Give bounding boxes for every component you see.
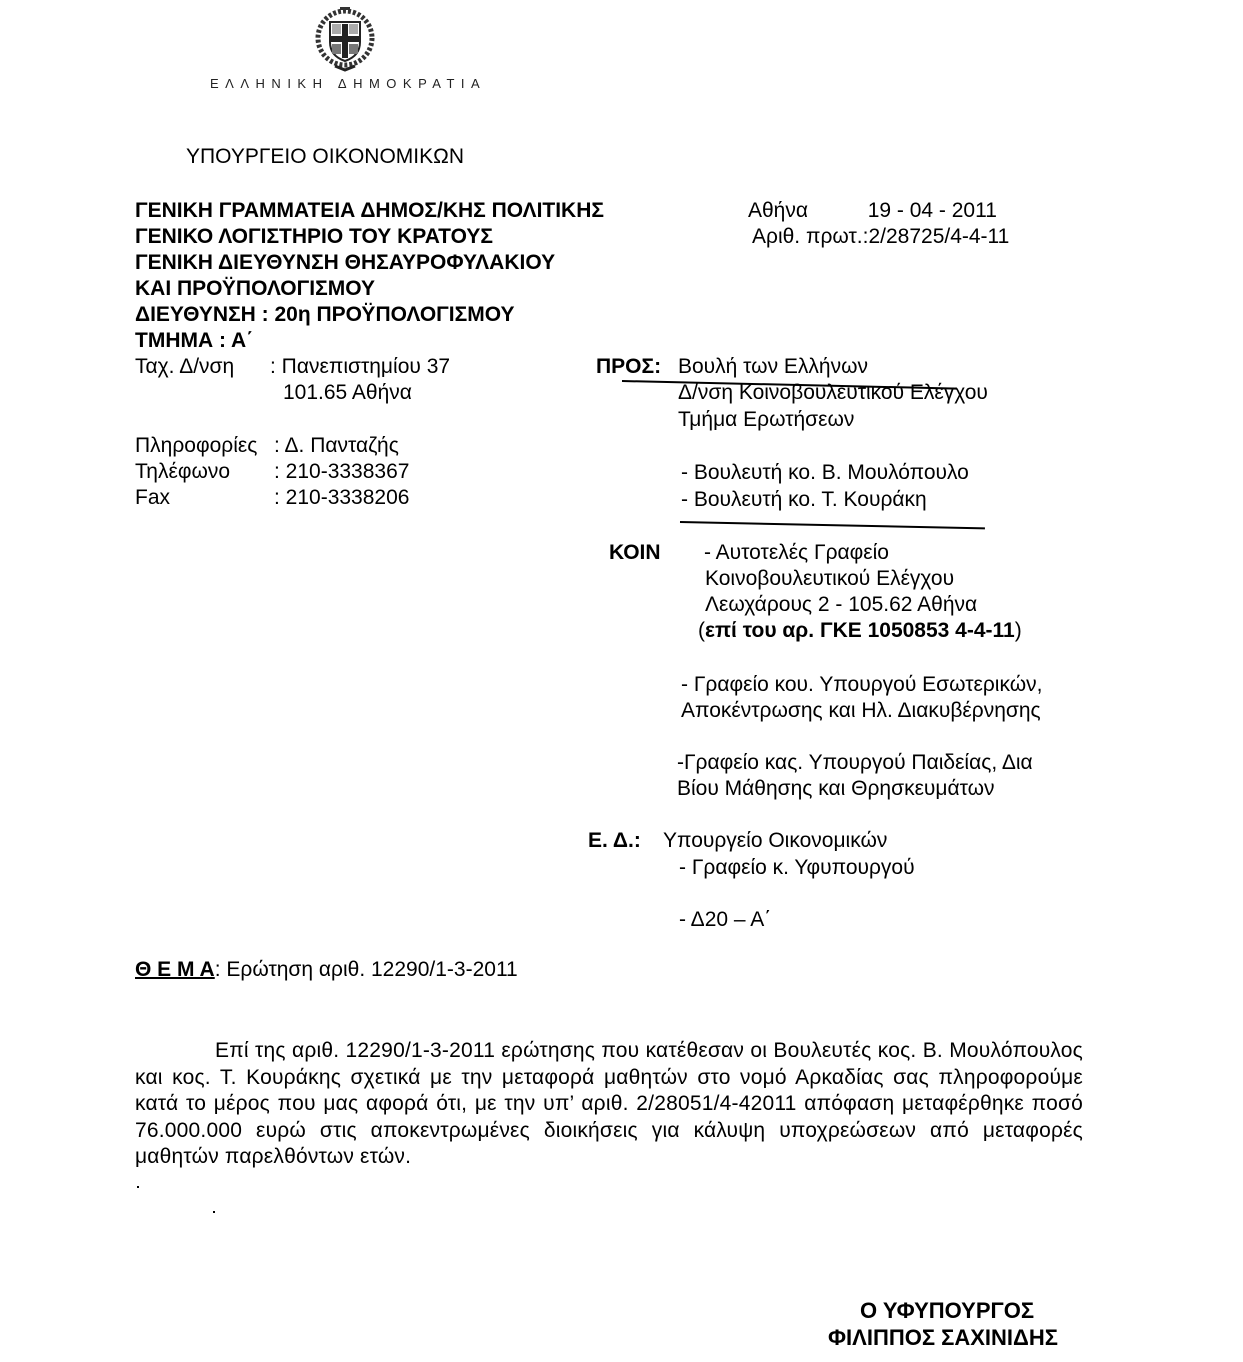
- recipient: - Βουλευτή κο. Τ. Κουράκη: [681, 487, 927, 513]
- stray-mark: [137, 1186, 139, 1188]
- paren: (: [698, 619, 705, 642]
- address-line-1: : Πανεπιστημίου 37: [270, 354, 450, 380]
- header-line: ΔΙΕΥΘΥΝΣΗ : 20η ΠΡΟΫΠΟΛΟΓΙΣΜΟΥ: [135, 302, 514, 328]
- info-label: Πληροφορίες: [135, 433, 257, 459]
- date-value: 19 - 04 - 2011: [868, 199, 997, 222]
- protocol-number: Αριθ. πρωτ.:2/28725/4-4-11: [752, 224, 1009, 250]
- cc-line: - Γραφείο κου. Υπουργού Εσωτερικών,: [681, 672, 1042, 698]
- header-line: ΓΕΝΙΚΟ ΛΟΓΙΣΤΗΡΙΟ ΤΟΥ ΚΡΑΤΟΥΣ: [135, 224, 493, 250]
- internal-label: Ε. Δ.:: [588, 828, 641, 854]
- cc-line: Λεωχάρους 2 - 105.62 Αθήνα: [705, 592, 977, 618]
- header-line: ΚΑΙ ΠΡΟΫΠΟΛΟΓΙΣΜΟΥ: [135, 276, 375, 302]
- internal-line: - Δ20 – Α΄: [679, 907, 771, 933]
- cc-line: Βίου Μάθησης και Θρησκευμάτων: [677, 776, 995, 802]
- subject-line: Θ Ε Μ Α: Ερώτηση αριθ. 12290/1-3-2011: [135, 957, 518, 983]
- cc-line: Κοινοβουλευτικού Ελέγχου: [705, 566, 954, 592]
- to-label: ΠΡΟΣ:: [596, 354, 661, 380]
- ministry-name: ΥΠΟΥΡΓΕΙΟ ΟΙΚΟΝΟΜΙΚΩΝ: [186, 144, 464, 170]
- to-line: Βουλή των Ελλήνων: [678, 354, 868, 380]
- document-date: Αθήνα 19 - 04 - 2011: [748, 198, 997, 224]
- cc-line: - Αυτοτελές Γραφείο: [704, 540, 889, 566]
- subject-label: Θ Ε Μ Α: [135, 958, 215, 981]
- fax-value: : 210-3338206: [274, 485, 409, 511]
- stray-mark: [213, 1211, 215, 1213]
- separator-line: [680, 521, 985, 529]
- address-line-2: 101.65 Αθήνα: [283, 380, 412, 406]
- header-line: ΓΕΝΙΚΗ ΔΙΕΥΘΥΝΣΗ ΘΗΣΑΥΡΟΦΥΛΑΚΙΟΥ: [135, 250, 555, 276]
- info-value: : Δ. Πανταζής: [274, 433, 399, 459]
- cc-label: ΚΟΙΝ: [609, 540, 661, 566]
- recipient: - Βουλευτή κο. Β. Μουλόπουλο: [681, 460, 969, 486]
- header-line: ΓΕΝΙΚΗ ΓΡΑΜΜΑΤΕΙΑ ΔΗΜΟΣ/ΚΗΣ ΠΟΛΙΤΙΚΗΣ: [135, 198, 604, 224]
- internal-line: Υπουργείο Οικονομικών: [663, 828, 887, 854]
- cc-reference-text: επί του αρ. ΓΚΕ 1050853 4-4-11: [705, 619, 1015, 642]
- address-label: Ταχ. Δ/νση: [135, 354, 234, 380]
- phone-label: Τηλέφωνο: [135, 459, 230, 485]
- greek-coat-of-arms-icon: [313, 4, 377, 74]
- cc-reference: (επί του αρ. ΓΚΕ 1050853 4-4-11): [698, 618, 1022, 644]
- subject-text: : Ερώτηση αριθ. 12290/1-3-2011: [215, 958, 518, 981]
- republic-caption: ΕΛΛΗΝΙΚΗ ΔΗΜΟΚΡΑΤΙΑ: [210, 76, 486, 91]
- phone-value: : 210-3338367: [274, 459, 409, 485]
- body-paragraph: Επί της αριθ. 12290/1-3-2011 ερώτησης πο…: [135, 1038, 1083, 1171]
- date-label: Αθήνα: [748, 199, 808, 222]
- signature-title: Ο ΥΦΥΠΟΥΡΓΟΣ: [860, 1298, 1034, 1324]
- cc-line: Αποκέντρωσης και Ηλ. Διακυβέρνησης: [681, 698, 1041, 724]
- internal-line: - Γραφείο κ. Υφυπουργού: [679, 855, 915, 881]
- fax-label: Fax: [135, 485, 170, 511]
- paren: ): [1015, 619, 1022, 642]
- to-line: Τμήμα Ερωτήσεων: [678, 407, 854, 433]
- header-line: ΤΜΗΜΑ : Α΄: [135, 328, 253, 354]
- signature-name: ΦΙΛΙΠΠΟΣ ΣΑΧΙΝΙΔΗΣ: [828, 1325, 1058, 1351]
- cc-line: -Γραφείο κας. Υπουργού Παιδείας, Δια: [677, 750, 1033, 776]
